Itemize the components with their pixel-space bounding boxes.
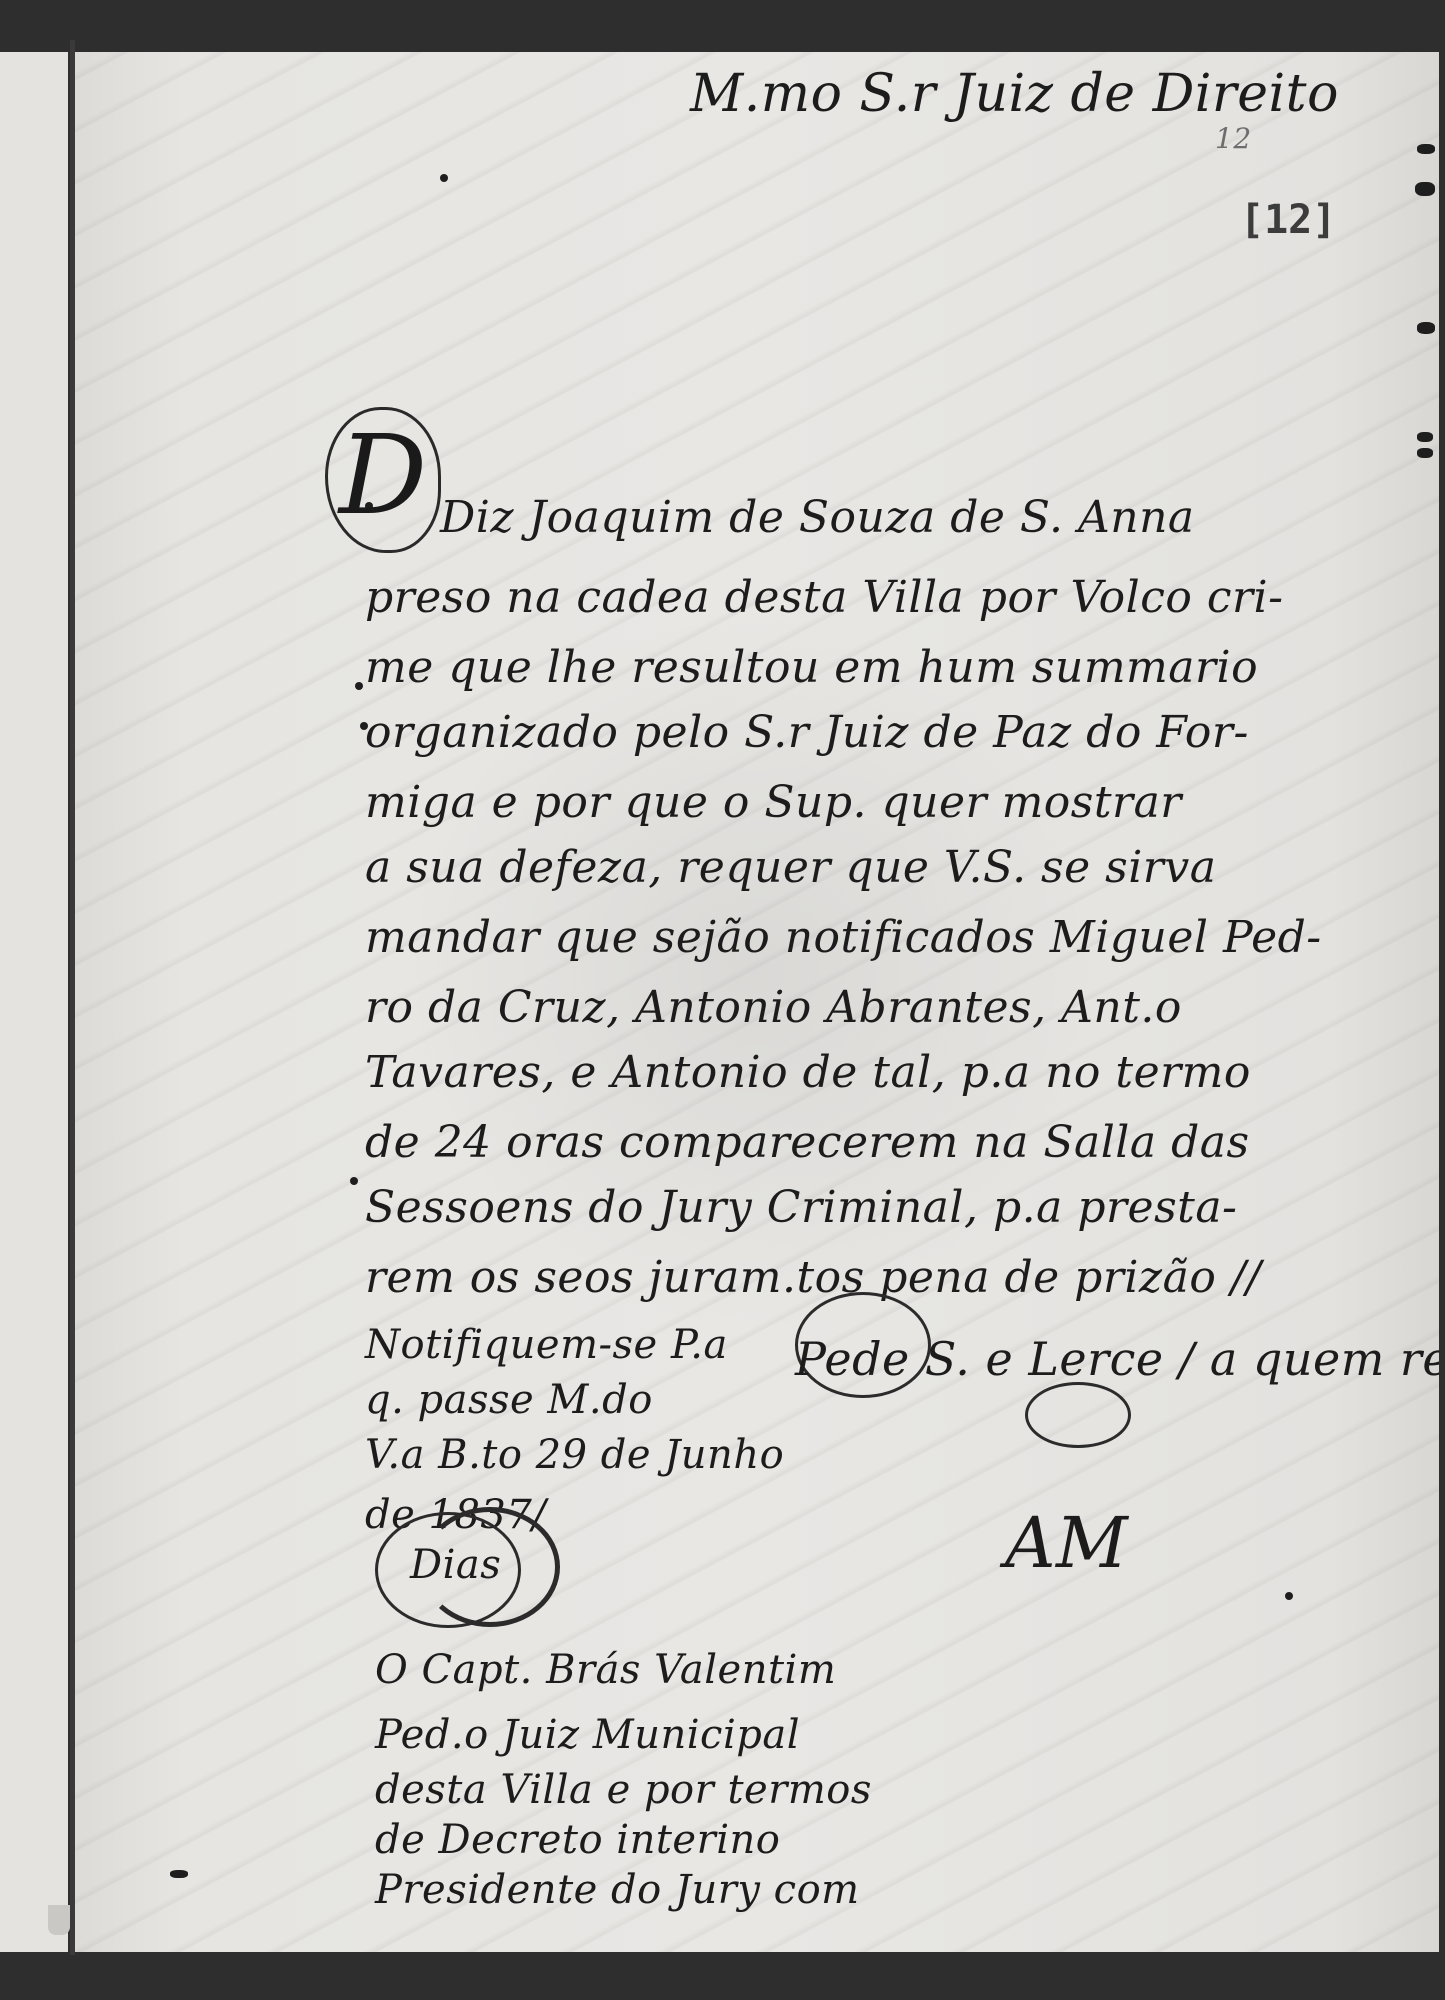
footer-line: Presidente do Jury com bbox=[375, 1867, 860, 1913]
footer-line: Ped.o Juiz Municipal bbox=[375, 1712, 800, 1758]
judge-signature: Dias bbox=[410, 1542, 501, 1588]
manuscript-page: M.mo S.r Juiz de Direito 12 [12] D Diz J… bbox=[75, 52, 1439, 1952]
binding-clip bbox=[48, 1905, 70, 1935]
despacho-line: V.a B.to 29 de Junho bbox=[365, 1432, 784, 1478]
archive-stamp: [12] bbox=[1240, 197, 1336, 243]
margin-dot bbox=[355, 682, 363, 690]
despacho-line: Notifiquem-se P.a bbox=[365, 1322, 728, 1368]
petition-line: miga e por que o Sup. quer mostrar bbox=[365, 777, 1182, 828]
folio-number: 12 bbox=[1215, 122, 1252, 155]
closing-formula: Pede S. e Lerce / a quem remd.e bbox=[795, 1332, 1439, 1386]
petition-line: me que lhe resultou em hum summario bbox=[365, 642, 1258, 693]
footer-line: desta Villa e por termos bbox=[375, 1767, 872, 1813]
petition-line: ro da Cruz, Antonio Abrantes, Ant.o bbox=[365, 982, 1182, 1033]
margin-dot bbox=[1285, 1592, 1293, 1600]
petition-line: Sessoens do Jury Criminal, p.a presta- bbox=[365, 1182, 1237, 1233]
scan-background: M.mo S.r Juiz de Direito 12 [12] D Diz J… bbox=[0, 0, 1445, 2000]
petition-line: rem os seos juram.tos pena de prizão // bbox=[365, 1252, 1261, 1303]
footer-line: O Capt. Brás Valentim bbox=[375, 1647, 836, 1693]
despacho-line: q. passe M.do bbox=[365, 1377, 653, 1423]
flourish-oval bbox=[1025, 1382, 1131, 1448]
petition-line: mandar que sejão notificados Miguel Ped- bbox=[365, 912, 1322, 963]
edge-damage bbox=[1417, 448, 1433, 458]
edge-damage bbox=[1417, 432, 1433, 442]
margin-dot bbox=[350, 1177, 358, 1185]
petition-line: preso na cadea desta Villa por Volco cri… bbox=[365, 572, 1283, 623]
margin-dot bbox=[440, 174, 448, 182]
petition-line: organizado pelo S.r Juiz de Paz do For- bbox=[365, 707, 1249, 758]
edge-damage bbox=[1417, 322, 1435, 334]
adjacent-page-edge bbox=[0, 52, 68, 1952]
petition-line: de 24 oras comparecerem na Salla das bbox=[365, 1117, 1250, 1168]
edge-damage bbox=[170, 1870, 188, 1878]
petition-line: Diz Joaquim de Souza de S. Anna bbox=[440, 492, 1195, 543]
petition-line: a sua defeza, requer que V.S. se sirva bbox=[365, 842, 1216, 893]
edge-damage bbox=[1415, 182, 1435, 196]
footer-line: de Decreto interino bbox=[375, 1817, 780, 1863]
drop-cap-letter: D bbox=[325, 407, 441, 553]
rubric-signature: AM bbox=[1005, 1502, 1128, 1584]
edge-damage bbox=[1417, 144, 1435, 154]
header-title: M.mo S.r Juiz de Direito bbox=[690, 64, 1339, 124]
petition-line: Tavares, e Antonio de tal, p.a no termo bbox=[365, 1047, 1251, 1098]
